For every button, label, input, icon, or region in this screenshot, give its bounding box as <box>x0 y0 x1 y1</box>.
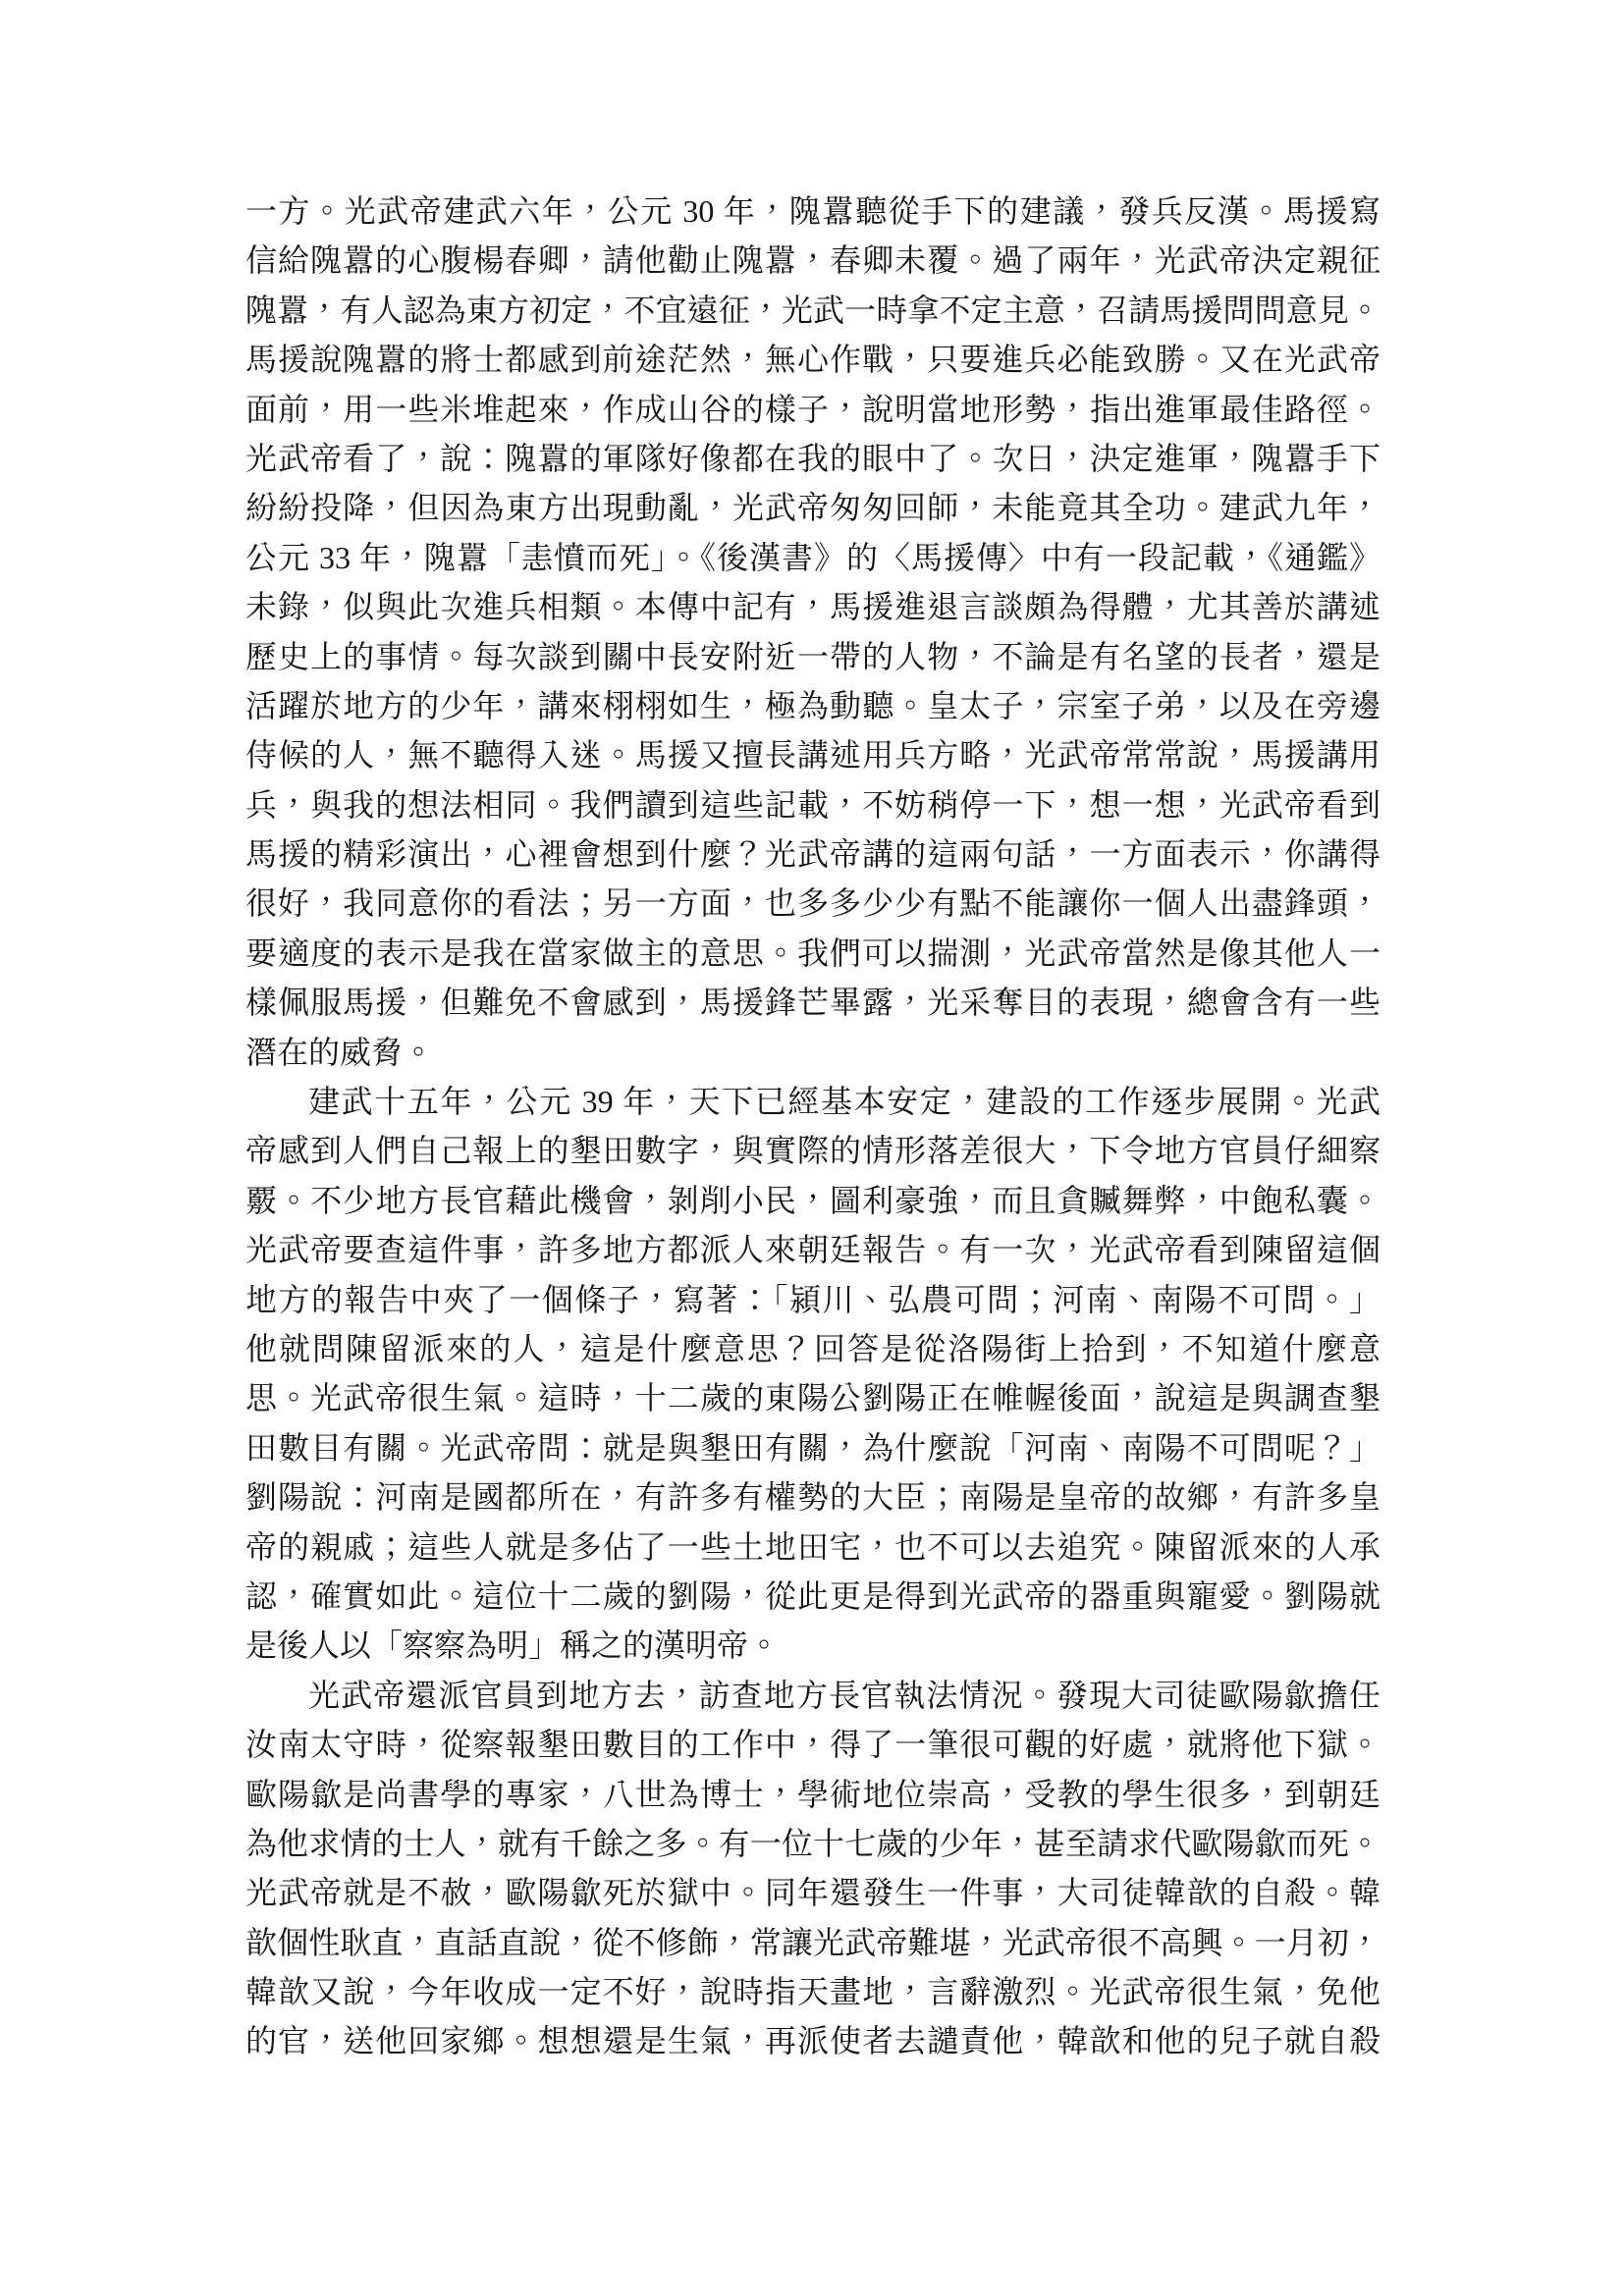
paragraph: 建武十五年，公元 39 年，天下已經基本安定，建設的工作逐步展開。光武帝感到人們… <box>245 1077 1380 1671</box>
text-line: 思。光武帝很生氣。這時，十二歲的東陽公劉陽正在帷幄後面，說這是與調查墾 <box>245 1373 1380 1422</box>
text-line: 馬援的精彩演出，心裡會想到什麼？光武帝講的這兩句話，一方面表示，你講得 <box>245 829 1380 879</box>
text-line: 建武十五年，公元 39 年，天下已經基本安定，建設的工作逐步展開。光武 <box>245 1077 1380 1126</box>
text-line: 光武帝還派官員到地方去，訪查地方長官執法情況。發現大司徒歐陽歙擔任 <box>245 1671 1380 1720</box>
text-line: 的官，送他回家鄉。想想還是生氣，再派使者去譴責他，韓歆和他的兒子就自殺 <box>245 2016 1380 2065</box>
page-content: 一方。光武帝建武六年，公元 30 年，隗囂聽從手下的建議，發兵反漢。馬援寫信給隗… <box>245 187 1380 2066</box>
text-line: 未錄，似與此次進兵相類。本傳中記有，馬援進退言談頗為得體，尤其善於講述 <box>245 582 1380 631</box>
text-line: 韓歆又說，今年收成一定不好，說時指天畫地，言辭激烈。光武帝很生氣，免他 <box>245 1967 1380 2016</box>
text-line: 歷史上的事情。每次談到關中長安附近一帶的人物，不論是有名望的長者，還是 <box>245 632 1380 681</box>
text-line: 光武帝就是不赦，歐陽歙死於獄中。同年還發生一件事，大司徒韓歆的自殺。韓 <box>245 1868 1380 1917</box>
text-line: 隗囂，有人認為東方初定，不宜遠征，光武一時拿不定主意，召請馬援問問意見。 <box>245 286 1380 335</box>
text-line: 面前，用一些米堆起來，作成山谷的樣子，說明當地形勢，指出進軍最佳路徑。 <box>245 385 1380 434</box>
text-line: 帝的親戚；這些人就是多佔了一些土地田宅，也不可以去追究。陳留派來的人承 <box>245 1522 1380 1572</box>
text-line: 兵，與我的想法相同。我們讀到這些記載，不妨稍停一下，想一想，光武帝看到 <box>245 780 1380 829</box>
text-line: 侍候的人，無不聽得入迷。馬援又擅長講述用兵方略，光武帝常常說，馬援講用 <box>245 730 1380 779</box>
text-line: 他就問陳留派來的人，這是什麼意思？回答是從洛陽街上拾到，不知道什麼意 <box>245 1324 1380 1373</box>
text-line: 很好，我同意你的看法；另一方面，也多多少少有點不能讓你一個人出盡鋒頭， <box>245 879 1380 928</box>
paragraph: 光武帝還派官員到地方去，訪查地方長官執法情況。發現大司徒歐陽歙擔任汝南太守時，從… <box>245 1671 1380 2066</box>
text-line: 覈。不少地方長官藉此機會，剝削小民，圖利豪強，而且貪贓舞弊，中飽私囊。 <box>245 1176 1380 1225</box>
text-line: 樣佩服馬援，但難免不會感到，馬援鋒芒畢露，光采奪目的表現，總會含有一些 <box>245 978 1380 1027</box>
text-line: 歆個性耿直，直話直說，從不修飾，常讓光武帝難堪，光武帝很不高興。一月初， <box>245 1918 1380 1967</box>
text-line: 汝南太守時，從察報墾田數目的工作中，得了一筆很可觀的好處，就將他下獄。 <box>245 1720 1380 1769</box>
text-line: 光武帝要查這件事，許多地方都派人來朝廷報告。有一次，光武帝看到陳留這個 <box>245 1225 1380 1274</box>
text-line: 是後人以「察察為明」稱之的漢明帝。 <box>245 1621 1380 1670</box>
text-line: 光武帝看了，說：隗囂的軍隊好像都在我的眼中了。次日，決定進軍，隗囂手下 <box>245 434 1380 483</box>
text-line: 劉陽說：河南是國都所在，有許多有權勢的大臣；南陽是皇帝的故鄉，有許多皇 <box>245 1472 1380 1522</box>
text-line: 信給隗囂的心腹楊春卿，請他勸止隗囂，春卿未覆。過了兩年，光武帝決定親征 <box>245 236 1380 285</box>
text-line: 馬援說隗囂的將士都感到前途茫然，無心作戰，只要進兵必能致勝。又在光武帝 <box>245 335 1380 384</box>
text-line: 田數目有關。光武帝問：就是與墾田有關，為什麼說「河南、南陽不可問呢？」 <box>245 1423 1380 1472</box>
text-line: 一方。光武帝建武六年，公元 30 年，隗囂聽從手下的建議，發兵反漢。馬援寫 <box>245 187 1380 236</box>
text-line: 紛紛投降，但因為東方出現動亂，光武帝匆匆回師，未能竟其全功。建武九年， <box>245 483 1380 532</box>
text-line: 為他求情的士人，就有千餘之多。有一位十七歲的少年，甚至請求代歐陽歙而死。 <box>245 1819 1380 1868</box>
text-line: 活躍於地方的少年，講來栩栩如生，極為動聽。皇太子，宗室子弟，以及在旁邊 <box>245 681 1380 730</box>
text-line: 歐陽歙是尚書學的專家，八世為博士，學術地位崇高，受教的學生很多，到朝廷 <box>245 1770 1380 1819</box>
text-line: 要適度的表示是我在當家做主的意思。我們可以揣測，光武帝當然是像其他人一 <box>245 929 1380 978</box>
text-line: 帝感到人們自己報上的墾田數字，與實際的情形落差很大，下令地方官員仔細察 <box>245 1126 1380 1175</box>
document-page: 一方。光武帝建武六年，公元 30 年，隗囂聽從手下的建議，發兵反漢。馬援寫信給隗… <box>0 0 1624 2296</box>
text-line: 公元 33 年，隗囂「恚憤而死」。《後漢書》的〈馬援傳〉中有一段記載，《通鑑》 <box>245 533 1380 582</box>
text-line: 地方的報告中夾了一個條子，寫著：「潁川、弘農可問；河南、南陽不可問。」 <box>245 1275 1380 1324</box>
text-line: 認，確實如此。這位十二歲的劉陽，從此更是得到光武帝的器重與寵愛。劉陽就 <box>245 1572 1380 1621</box>
paragraph: 一方。光武帝建武六年，公元 30 年，隗囂聽從手下的建議，發兵反漢。馬援寫信給隗… <box>245 187 1380 1077</box>
text-line: 潛在的威脅。 <box>245 1028 1380 1077</box>
